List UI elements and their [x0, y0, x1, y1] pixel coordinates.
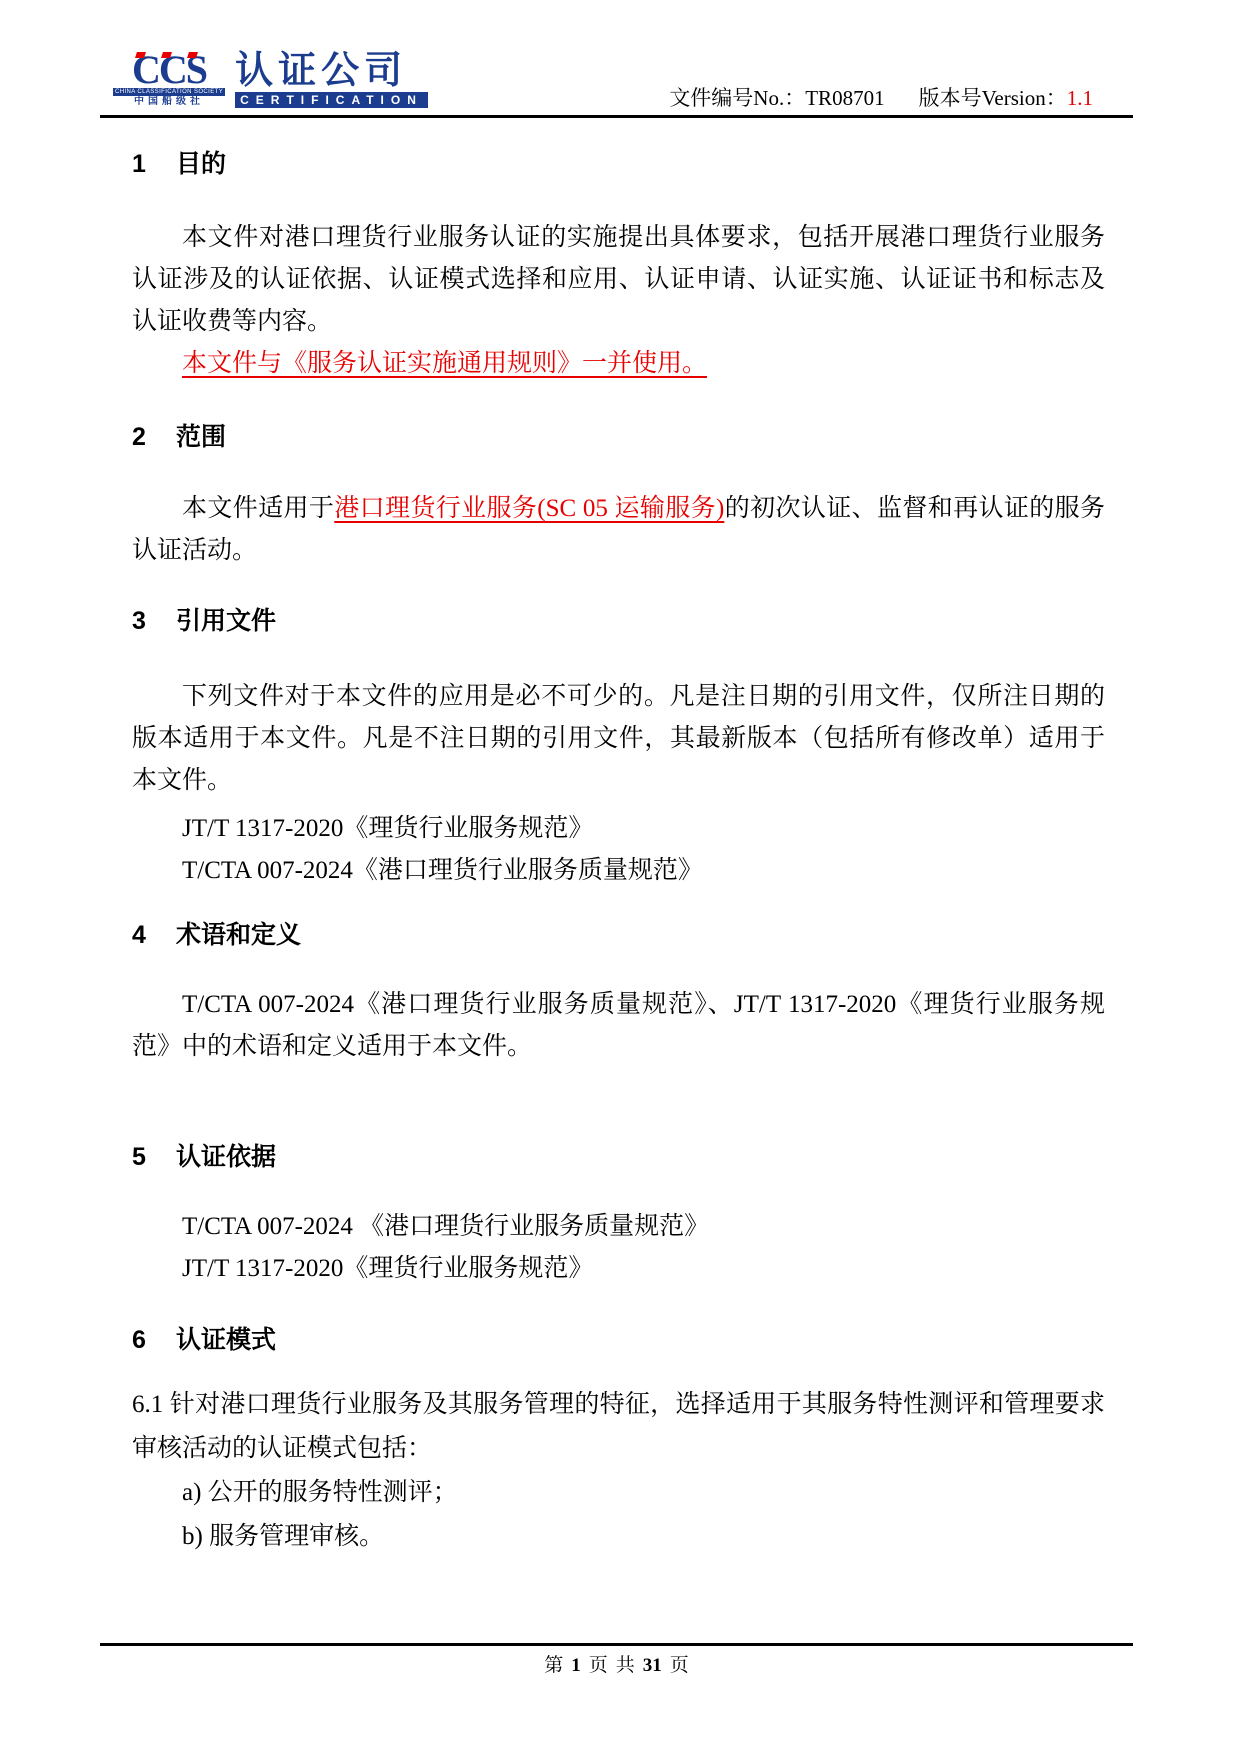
section-5-references: T/CTA 007-2024 《港口理货行业服务质量规范》 JT/T 1317-… — [132, 1206, 1105, 1290]
ccs-acronym: CCS — [132, 53, 206, 87]
section-6-paragraph: 6.1 针对港口理货行业服务及其服务管理的特征，选择适用于其服务特性测评和管理要… — [132, 1383, 1105, 1471]
page-header: CCS CHINA CLASSIFICATION SOCIETY 中国船级社 认… — [113, 52, 1133, 116]
section-2-paragraph: 本文件适用于港口理货行业服务(SC 05 运输服务)的初次认证、监督和再认证的服… — [132, 488, 1105, 572]
service-scope-link[interactable]: 港口理货行业服务(SC 05 运输服务) — [334, 495, 724, 522]
section-6-list: a) 公开的服务特性测评； b) 服务管理审核。 — [132, 1471, 1105, 1559]
doc-number-value: TR08701 — [805, 86, 884, 110]
document-body: 1目的 本文件对港口理货行业服务认证的实施提出具体要求，包括开展港口理货行业服务… — [132, 117, 1105, 1559]
section-5-number: 5 — [132, 1140, 176, 1174]
document-meta: 文件编号No.：TR08701版本号Version：1.1 — [669, 82, 1093, 112]
section-4-paragraph: T/CTA 007-2024《港口理货行业服务质量规范》、JT/T 1317-2… — [132, 984, 1105, 1068]
ccs-logo-right: 认证公司 CERTIFICATION — [235, 52, 428, 108]
ccs-logo-left: CCS CHINA CLASSIFICATION SOCIETY 中国船级社 — [113, 53, 225, 108]
section-3-number: 3 — [132, 604, 176, 638]
section-5-heading: 5认证依据 — [132, 1140, 1105, 1174]
section-6-title: 认证模式 — [176, 1326, 276, 1354]
company-name-cn: 认证公司 — [235, 52, 428, 90]
section-4-heading: 4术语和定义 — [132, 918, 1105, 952]
reference-item: JT/T 1317-2020《理货行业服务规范》 — [132, 1248, 1105, 1290]
section-4-title: 术语和定义 — [176, 921, 301, 949]
section-1-heading: 1目的 — [132, 147, 1105, 181]
footer-word: 共 — [616, 1655, 635, 1676]
section-3-references: JT/T 1317-2020《理货行业服务规范》 T/CTA 007-2024《… — [132, 808, 1105, 892]
reference-item: T/CTA 007-2024《港口理货行业服务质量规范》 — [132, 850, 1105, 892]
section-2-title: 范围 — [176, 423, 226, 451]
section-6-heading: 6认证模式 — [132, 1323, 1105, 1357]
certification-bar: CERTIFICATION — [235, 92, 428, 108]
current-page-number: 1 — [571, 1655, 581, 1676]
section-3-paragraph: 下列文件对于本文件的应用是必不可少的。凡是注日期的引用文件，仅所注日期的版本适用… — [132, 676, 1105, 802]
section-1-number: 1 — [132, 147, 176, 181]
list-item-b: b) 服务管理审核。 — [132, 1515, 1105, 1559]
version-label: 版本号Version： — [919, 86, 1067, 110]
footer-word: 页 — [589, 1655, 608, 1676]
section-1-note: 本文件与《服务认证实施通用规则》一并使用。 — [132, 343, 1105, 385]
section-4-number: 4 — [132, 918, 176, 952]
section-2-heading: 2范围 — [132, 420, 1105, 454]
version-value: 1.1 — [1067, 86, 1093, 110]
footer-word: 第 — [544, 1655, 563, 1676]
section-2-number: 2 — [132, 420, 176, 454]
general-rules-link[interactable]: 本文件与《服务认证实施通用规则》一并使用。 — [182, 350, 707, 377]
document-page: CCS CHINA CLASSIFICATION SOCIETY 中国船级社 认… — [0, 0, 1233, 1743]
section-3-heading: 3引用文件 — [132, 604, 1105, 638]
society-name-cn: 中国船级社 — [134, 96, 204, 108]
footer-rule — [100, 1643, 1133, 1646]
footer-word: 页 — [670, 1655, 689, 1676]
reference-item: JT/T 1317-2020《理货行业服务规范》 — [132, 808, 1105, 850]
list-item-a: a) 公开的服务特性测评； — [132, 1471, 1105, 1515]
section-1-title: 目的 — [176, 150, 226, 178]
section-3-title: 引用文件 — [176, 607, 276, 635]
reference-item: T/CTA 007-2024 《港口理货行业服务质量规范》 — [132, 1206, 1105, 1248]
total-page-number: 31 — [643, 1655, 662, 1676]
section-5-title: 认证依据 — [176, 1143, 276, 1171]
page-number: 第1页共31页 — [0, 1652, 1233, 1680]
section-1-paragraph: 本文件对港口理货行业服务认证的实施提出具体要求，包括开展港口理货行业服务认证涉及… — [132, 217, 1105, 343]
section-2-prefix: 本文件适用于 — [182, 495, 334, 522]
section-6-number: 6 — [132, 1323, 176, 1357]
doc-number-label: 文件编号No.： — [669, 86, 805, 110]
